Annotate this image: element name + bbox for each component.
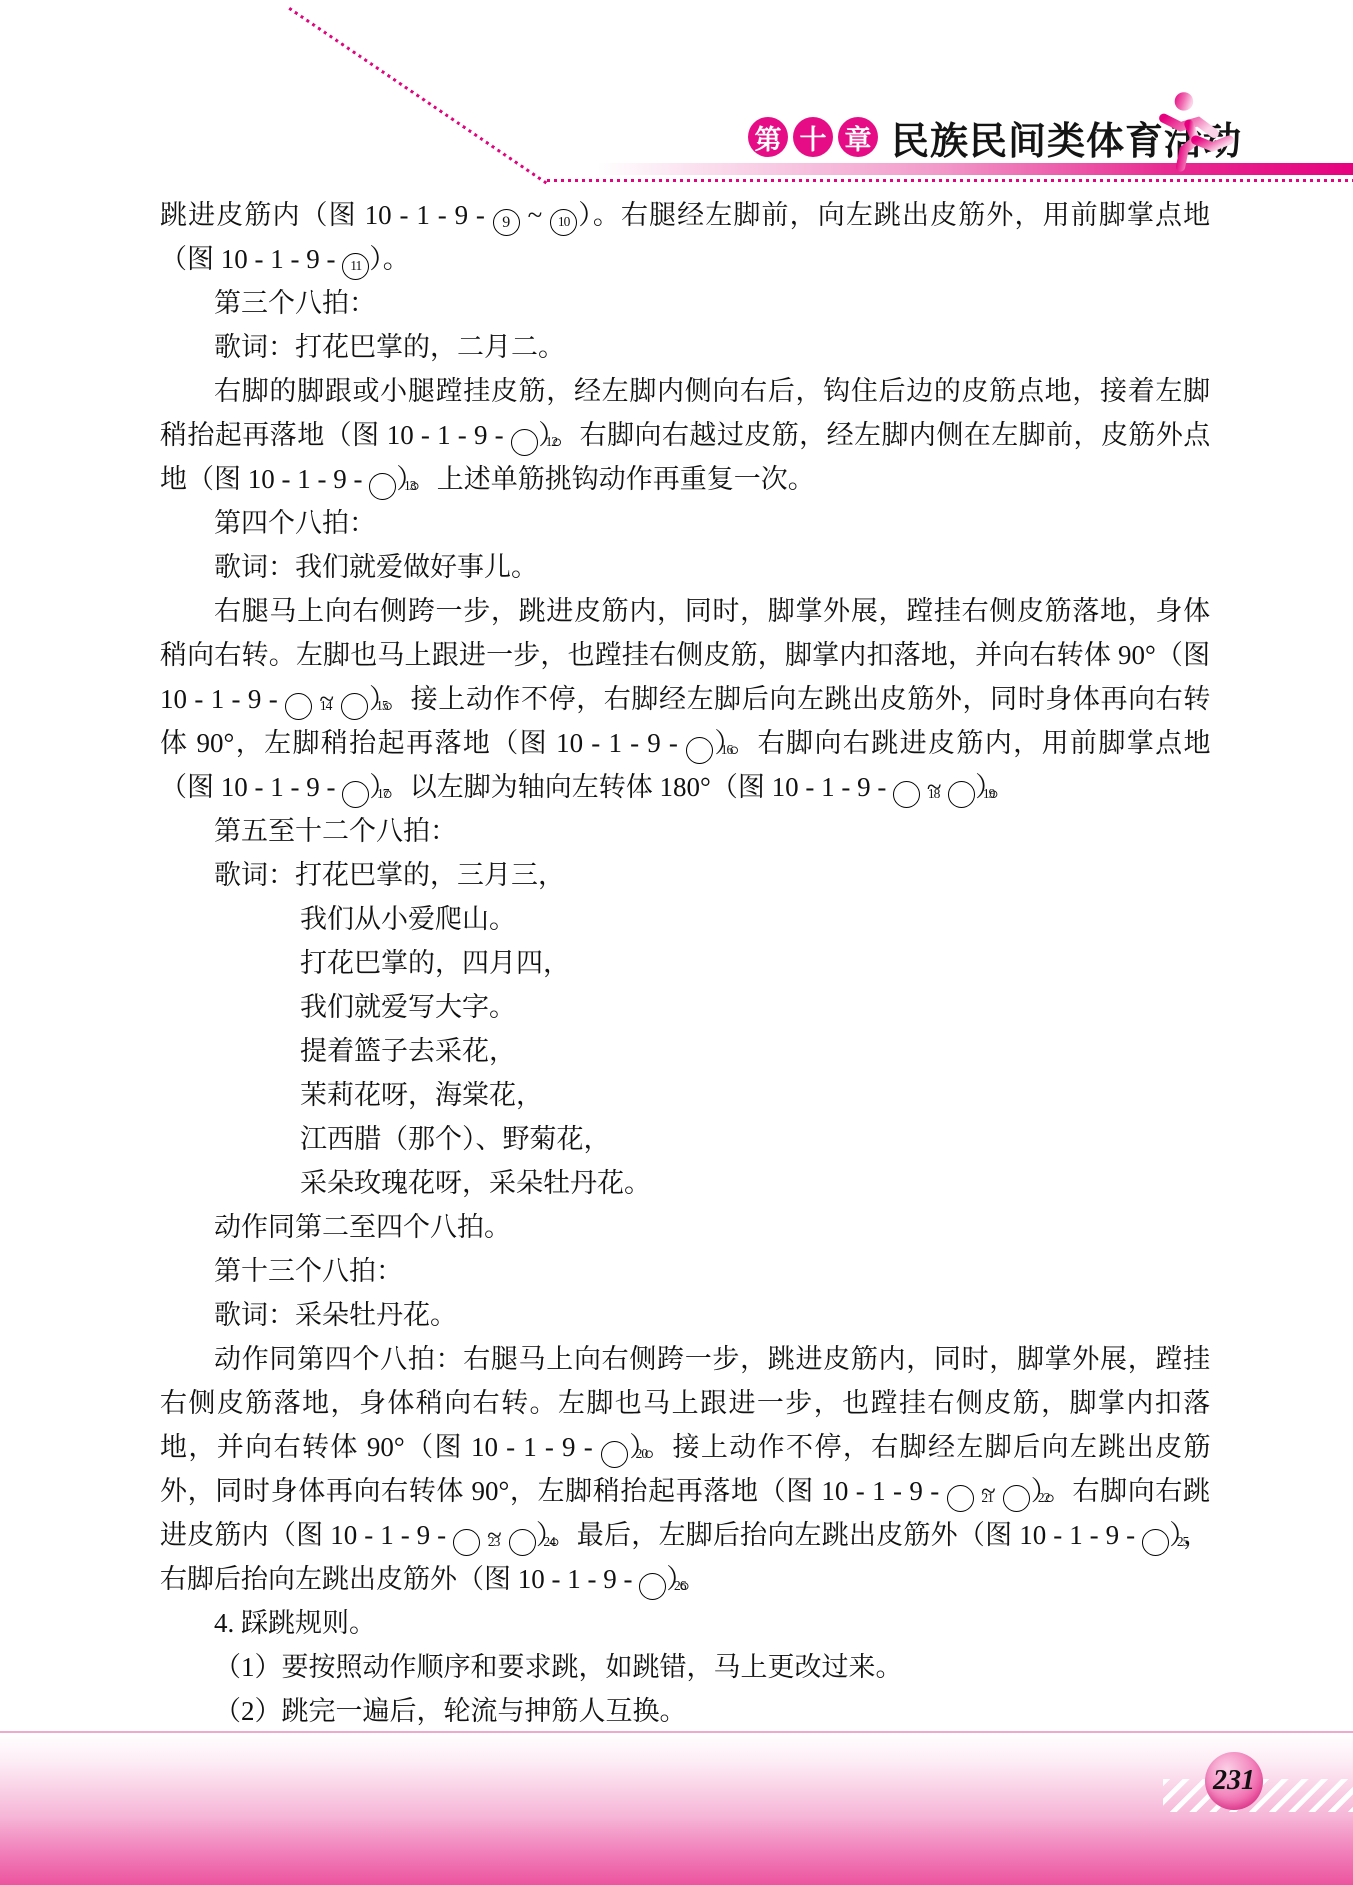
paragraph: 第五至十二个八拍： [160, 809, 1210, 853]
paragraph: 右脚的脚跟或小腿蹚挂皮筋，经左脚内侧向右后，钩住后边的皮筋点地，接着左脚稍抬起再… [160, 369, 1210, 501]
paragraph: 江西腊（那个）、野菊花， [300, 1117, 1210, 1161]
book-page: 第 十 章 民族民间类体育活动 跳进皮筋内（图 10 - 1 - 9 - 9 ~… [0, 0, 1353, 1885]
paragraph: 歌词：打花巴掌的，三月三， [160, 853, 1210, 897]
page-footer: 231 [0, 1731, 1353, 1885]
circled-figure-number: 26 [639, 1573, 666, 1600]
chapter-badge-char-2: 十 [793, 117, 833, 157]
paragraph: 歌词：采朵牡丹花。 [160, 1293, 1210, 1337]
circled-figure-number: 9 [493, 209, 520, 236]
paragraph: 提着篮子去采花， [300, 1029, 1210, 1073]
paragraph: 动作同第二至四个八拍。 [160, 1205, 1210, 1249]
paragraph: 采朵玫瑰花呀，采朵牡丹花。 [300, 1161, 1210, 1205]
body-text: 跳进皮筋内（图 10 - 1 - 9 - 9 ~ 10）。右腿经左脚前，向左跳出… [160, 193, 1210, 1733]
paragraph: （1）要按照动作顺序和要求跳，如跳错，马上更改过来。 [160, 1645, 1210, 1689]
circled-figure-number: 15 [341, 693, 368, 720]
circled-figure-number: 20 [601, 1441, 628, 1468]
circled-figure-number: 11 [342, 253, 369, 280]
dotted-horizontal-line [547, 179, 1353, 182]
page-number: 231 [1213, 1765, 1255, 1797]
chapter-badge-char-1: 第 [748, 117, 788, 157]
dotted-diagonal-line [288, 7, 548, 185]
chapter-header-bar [598, 163, 1353, 175]
chapter-badge-char-3: 章 [838, 117, 878, 157]
paragraph: 4. 踩跳规则。 [160, 1601, 1210, 1645]
circled-figure-number: 23 [453, 1529, 480, 1556]
circled-figure-number: 12 [511, 429, 538, 456]
paragraph: 动作同第四个八拍：右腿马上向右侧跨一步，跳进皮筋内，同时，脚掌外展，蹚挂右侧皮筋… [160, 1337, 1210, 1601]
circled-figure-number: 16 [686, 737, 713, 764]
paragraph: 我们就爱写大字。 [300, 985, 1210, 1029]
circled-figure-number: 24 [509, 1529, 536, 1556]
paragraph: 我们从小爱爬山。 [300, 897, 1210, 941]
circled-figure-number: 13 [369, 473, 396, 500]
circled-figure-number: 21 [947, 1485, 974, 1512]
runner-icon [1152, 88, 1236, 172]
paragraph: 茉莉花呀，海棠花， [300, 1073, 1210, 1117]
circled-figure-number: 22 [1003, 1485, 1030, 1512]
paragraph: 右腿马上向右侧跨一步，跳进皮筋内，同时，脚掌外展，蹚挂右侧皮筋落地，身体稍向右转… [160, 589, 1210, 809]
paragraph: 第十三个八拍： [160, 1249, 1210, 1293]
paragraph: 打花巴掌的，四月四， [300, 941, 1210, 985]
circled-figure-number: 17 [342, 781, 369, 808]
paragraph: 第三个八拍： [160, 281, 1210, 325]
circled-figure-number: 25 [1142, 1529, 1169, 1556]
paragraph: 歌词：打花巴掌的，二月二。 [160, 325, 1210, 369]
paragraph: （2）跳完一遍后，轮流与抻筋人互换。 [160, 1689, 1210, 1733]
paragraph: 歌词：我们就爱做好事儿。 [160, 545, 1210, 589]
paragraph: 第四个八拍： [160, 501, 1210, 545]
paragraph: 跳进皮筋内（图 10 - 1 - 9 - 9 ~ 10）。右腿经左脚前，向左跳出… [160, 193, 1210, 281]
circled-figure-number: 19 [948, 781, 975, 808]
circled-figure-number: 10 [550, 209, 577, 236]
circled-figure-number: 18 [893, 781, 920, 808]
circled-figure-number: 14 [285, 693, 312, 720]
page-number-ball: 231 [1205, 1752, 1263, 1810]
